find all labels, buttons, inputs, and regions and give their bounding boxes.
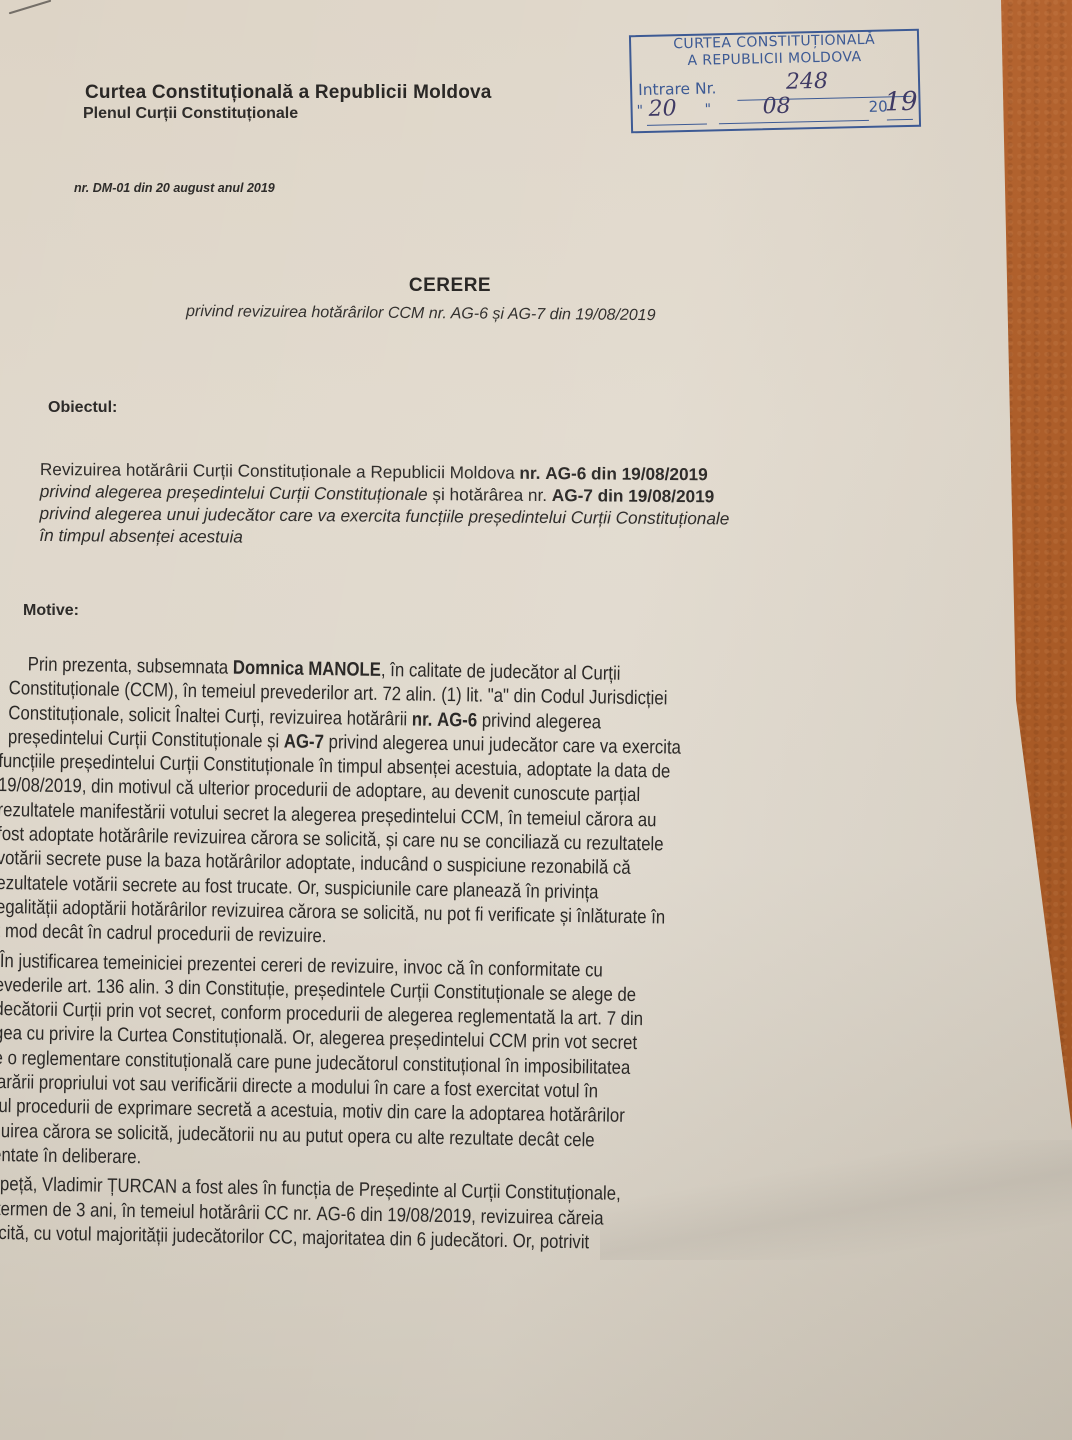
plenum-name: Plenul Curții Constituționale <box>83 105 298 123</box>
text-run: președintelui Curții Constituționale și <box>0 726 284 752</box>
italic-text-run: privind alegerea președintelui Curții Co… <box>40 481 428 504</box>
document-subtitle: privind revizuirea hotărârilor CCM nr. A… <box>186 303 656 325</box>
bold-text-run: AG-7 din 19/08/2019 <box>552 485 715 506</box>
text-run: privind alegerea <box>477 709 601 733</box>
stamp-quote-close: " <box>704 101 711 117</box>
text-run: t mod decât în cadrul procedurii de revi… <box>0 920 327 947</box>
text-run: entate în deliberare. <box>0 1144 141 1168</box>
object-paragraph: Revizuirea hotărârii Curții Constituțion… <box>39 458 890 553</box>
bold-text-run: nr. AG-6 din 19/08/2019 <box>519 463 707 484</box>
stamp-entry-number: 248 <box>786 69 829 95</box>
stamp-month-rule <box>719 120 869 124</box>
bold-text-run: Domnica MANOLE <box>233 657 381 681</box>
text-run: Prin prezenta, subsemnata <box>0 653 233 679</box>
motive-paragraphs: Prin prezenta, subsemnata Domnica MANOLE… <box>0 652 1072 1262</box>
court-name: Curtea Constituțională a Republicii Mold… <box>85 82 492 104</box>
stamp-day-rule <box>647 124 707 126</box>
stamp-day: 20 <box>648 96 677 122</box>
italic-text-run: în timpul absenței acestuia <box>39 525 243 547</box>
text-run: Revizuirea hotărârii Curții Constituțion… <box>40 459 520 483</box>
stamp-year-rule <box>887 119 913 121</box>
stamp-quote-open: " <box>636 103 643 119</box>
bold-text-run: nr. AG-6 <box>412 708 478 731</box>
text-run: și hotărârea nr. <box>428 484 552 505</box>
document-page: Curtea Constituțională a Republicii Mold… <box>0 0 1072 1440</box>
pen-mark <box>9 0 52 14</box>
registration-stamp: CURTEA CONSTITUȚIONALĂ A REPUBLICII MOLD… <box>629 29 921 134</box>
document-number: nr. DM-01 din 20 august anul 2019 <box>74 181 275 195</box>
document-title: CERERE <box>0 275 900 297</box>
motive-section-label: Motive: <box>23 602 79 620</box>
bold-text-run: AG-7 <box>284 730 324 753</box>
object-section-label: Obiectul: <box>48 399 117 417</box>
text-run: , în calitate de judecător al Curții <box>381 659 621 685</box>
stamp-year-suffix: 19 <box>884 87 918 118</box>
stamp-month: 08 <box>762 94 791 120</box>
